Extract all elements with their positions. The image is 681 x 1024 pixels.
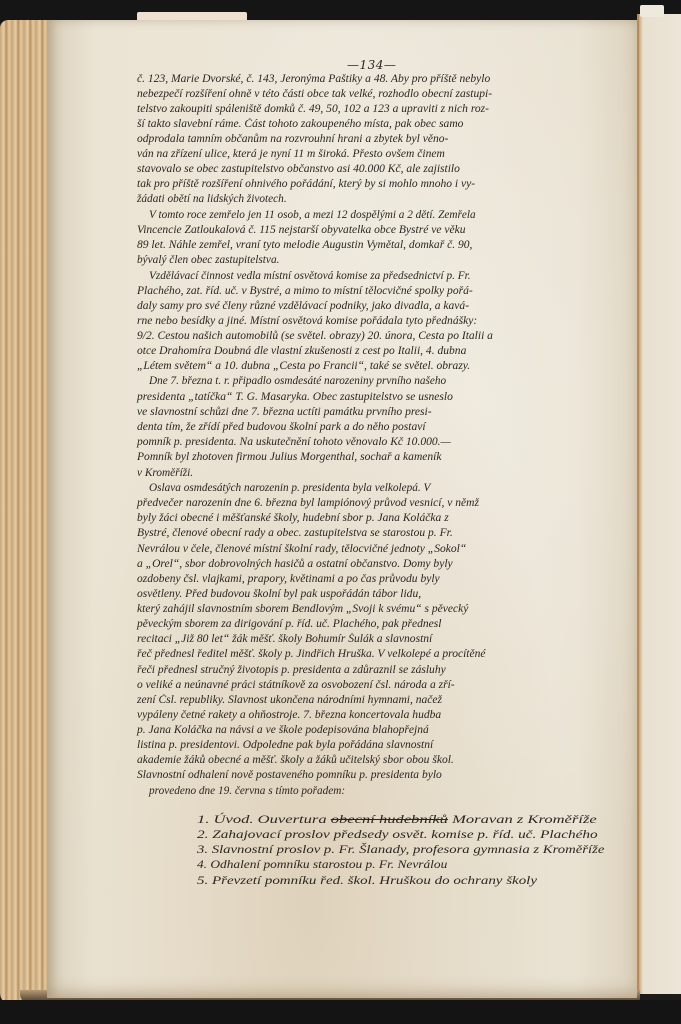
handwritten-line: osvětleny. Před budovou školní byl pak u…	[137, 587, 607, 601]
handwritten-line: předvečer narozenin dne 6. března byl la…	[137, 496, 607, 510]
handwritten-line: denta tím, že zřídí před budovou školní …	[137, 420, 607, 434]
handwritten-line: 89 let. Náhle zemřel, vraní tyto melodie…	[137, 238, 607, 252]
handwritten-line: Dne 7. března t. r. připadlo osmdesáté n…	[149, 374, 607, 388]
list-number: 3.	[197, 844, 212, 856]
program-list-item: 3. Slavnostní proslov p. Fr. Šlanady, pr…	[197, 843, 604, 857]
handwritten-line: rne nebo besídky a jiné. Místní osvětová…	[137, 314, 607, 328]
handwritten-line: provedeno dne 19. června s tímto pořadem…	[149, 784, 607, 798]
chronicle-page: —134— č. 123, Marie Dvorské, č. 143, Jer…	[47, 20, 637, 998]
handwritten-line: ozdobeny čsl. vlajkami, prapory, květina…	[137, 572, 607, 586]
struck-through-text: obecní hudebníků	[331, 814, 448, 826]
handwritten-line: řeči přednesl stručný životopis p. presi…	[137, 663, 607, 677]
handwritten-line: Pomník byl zhotoven firmou Julius Morgen…	[137, 450, 607, 464]
handwritten-line: tak pro příště rozšíření ohnivého pořádá…	[137, 177, 607, 191]
handwritten-line: pomník p. presidenta. Na uskutečnění toh…	[137, 435, 607, 449]
list-text: Zahajovací proslov předsedy osvět. komis…	[212, 829, 597, 841]
handwritten-line: v Kroměříži.	[137, 466, 597, 480]
list-number: 5.	[197, 875, 212, 887]
list-text: Odhalení pomníku starostou p. Fr. Nevrál…	[210, 859, 447, 871]
handwritten-line: ší takto slavební ráme. Část tohoto zako…	[137, 117, 607, 131]
list-text: Úvod. Ouvertura	[214, 814, 331, 826]
handwritten-line: V tomto roce zemřelo jen 11 osob, a mezi…	[149, 208, 607, 222]
handwritten-line: Plachého, zat. říd. uč. v Bystré, a mimo…	[137, 284, 607, 298]
handwritten-text-body: č. 123, Marie Dvorské, č. 143, Jeronýma …	[47, 20, 637, 998]
handwritten-line: stavovalo se obec zastupitelstvo občanst…	[137, 162, 607, 176]
handwritten-line: Oslava osmdesátých narozenin p. presiden…	[149, 481, 607, 495]
handwritten-line: akademie žáků obecné a měšť. školy a žák…	[137, 753, 607, 767]
program-list-item: 1. Úvod. Ouvertura obecní hudebníků Mora…	[197, 813, 597, 827]
page-tab-marker-right	[640, 5, 664, 17]
facing-page-edge	[637, 14, 681, 994]
handwritten-line: a „Orel“, sbor dobrovolných hasičů a ost…	[137, 557, 607, 571]
handwritten-line: Bystré, členové obecní rady a obec. zast…	[137, 526, 607, 540]
scan-background-bottom	[0, 1000, 681, 1024]
handwritten-line: presidenta „tatíčka“ T. G. Masaryka. Obe…	[137, 390, 607, 404]
list-text-continued: Moravan z Kroměříže	[452, 814, 597, 826]
scan-background-top	[0, 0, 681, 22]
handwritten-line: byly žáci obecné i měšťanské školy, hude…	[137, 511, 607, 525]
list-text: Slavnostní proslov p. Fr. Šlanady, profe…	[212, 844, 605, 856]
handwritten-line: Vzdělávací činnost vedla místní osvětová…	[149, 269, 607, 283]
handwritten-line: č. 123, Marie Dvorské, č. 143, Jeronýma …	[137, 72, 607, 86]
handwritten-line: otce Drahomíra Doubná dle vlastní zkušen…	[137, 344, 607, 358]
handwritten-line: ván na zřízení ulice, která je nyní 11 m…	[137, 147, 607, 161]
list-number: 2.	[197, 829, 212, 841]
handwritten-line: bývalý člen obec zastupitelstva.	[137, 253, 597, 267]
handwritten-line: daly samy pro své členy různé vzdělávací…	[137, 299, 607, 313]
list-text: Převzetí pomníku řed. škol. Hruškou do o…	[212, 875, 537, 887]
handwritten-line: žádati obětí na lidských životech.	[137, 192, 597, 206]
handwritten-line: p. Jana Koláčka na návsi a ve škole pode…	[137, 723, 607, 737]
handwritten-line: „Létem světem“ a 10. dubna „Cesta po Fra…	[137, 359, 607, 373]
handwritten-line: telstvo zakoupiti spáleniště domků č. 49…	[137, 102, 607, 116]
handwritten-line: odprodala tamním občanům na rozvrouhní h…	[137, 132, 607, 146]
handwritten-line: recitaci „Již 80 let“ žák měšť. školy Bo…	[137, 632, 607, 646]
handwritten-line: pěveckým sborem za dirigování p. říd. uč…	[137, 617, 607, 631]
program-list-item: 5. Převzetí pomníku řed. škol. Hruškou d…	[197, 874, 537, 888]
handwritten-line: o veliké a neúnavné práci státníkově za …	[137, 678, 607, 692]
handwritten-line: nebezpečí rozšíření ohně v této části ob…	[137, 87, 607, 101]
program-list-item: 2. Zahajovací proslov předsedy osvět. ko…	[197, 828, 598, 842]
handwritten-line: Vincencie Zatloukalová č. 115 nejstarší …	[137, 223, 607, 237]
handwritten-line: Nevrálou v čele, členové místní školní r…	[137, 542, 607, 556]
handwritten-line: zení Čsl. republiky. Slavnost ukončena n…	[137, 693, 607, 707]
handwritten-line: řeč přednesl ředitel měšť. školy p. Jind…	[137, 647, 607, 661]
list-number: 4.	[197, 859, 210, 871]
handwritten-line: listina p. presidentovi. Odpoledne pak b…	[137, 738, 607, 752]
handwritten-line: který zahájil slavnostním sborem Bendlov…	[137, 602, 607, 616]
list-number: 1.	[197, 814, 214, 826]
handwritten-line: Slavnostní odhalení nově postaveného pom…	[137, 768, 607, 782]
handwritten-line: ve slavnostní schůzi dne 7. března uctít…	[137, 405, 607, 419]
handwritten-line: vypáleny četné rakety a ohňostroje. 7. b…	[137, 708, 607, 722]
program-list-item: 4. Odhalení pomníku starostou p. Fr. Nev…	[197, 858, 447, 872]
handwritten-line: 9/2. Cestou našich automobilů (se světel…	[137, 329, 607, 343]
